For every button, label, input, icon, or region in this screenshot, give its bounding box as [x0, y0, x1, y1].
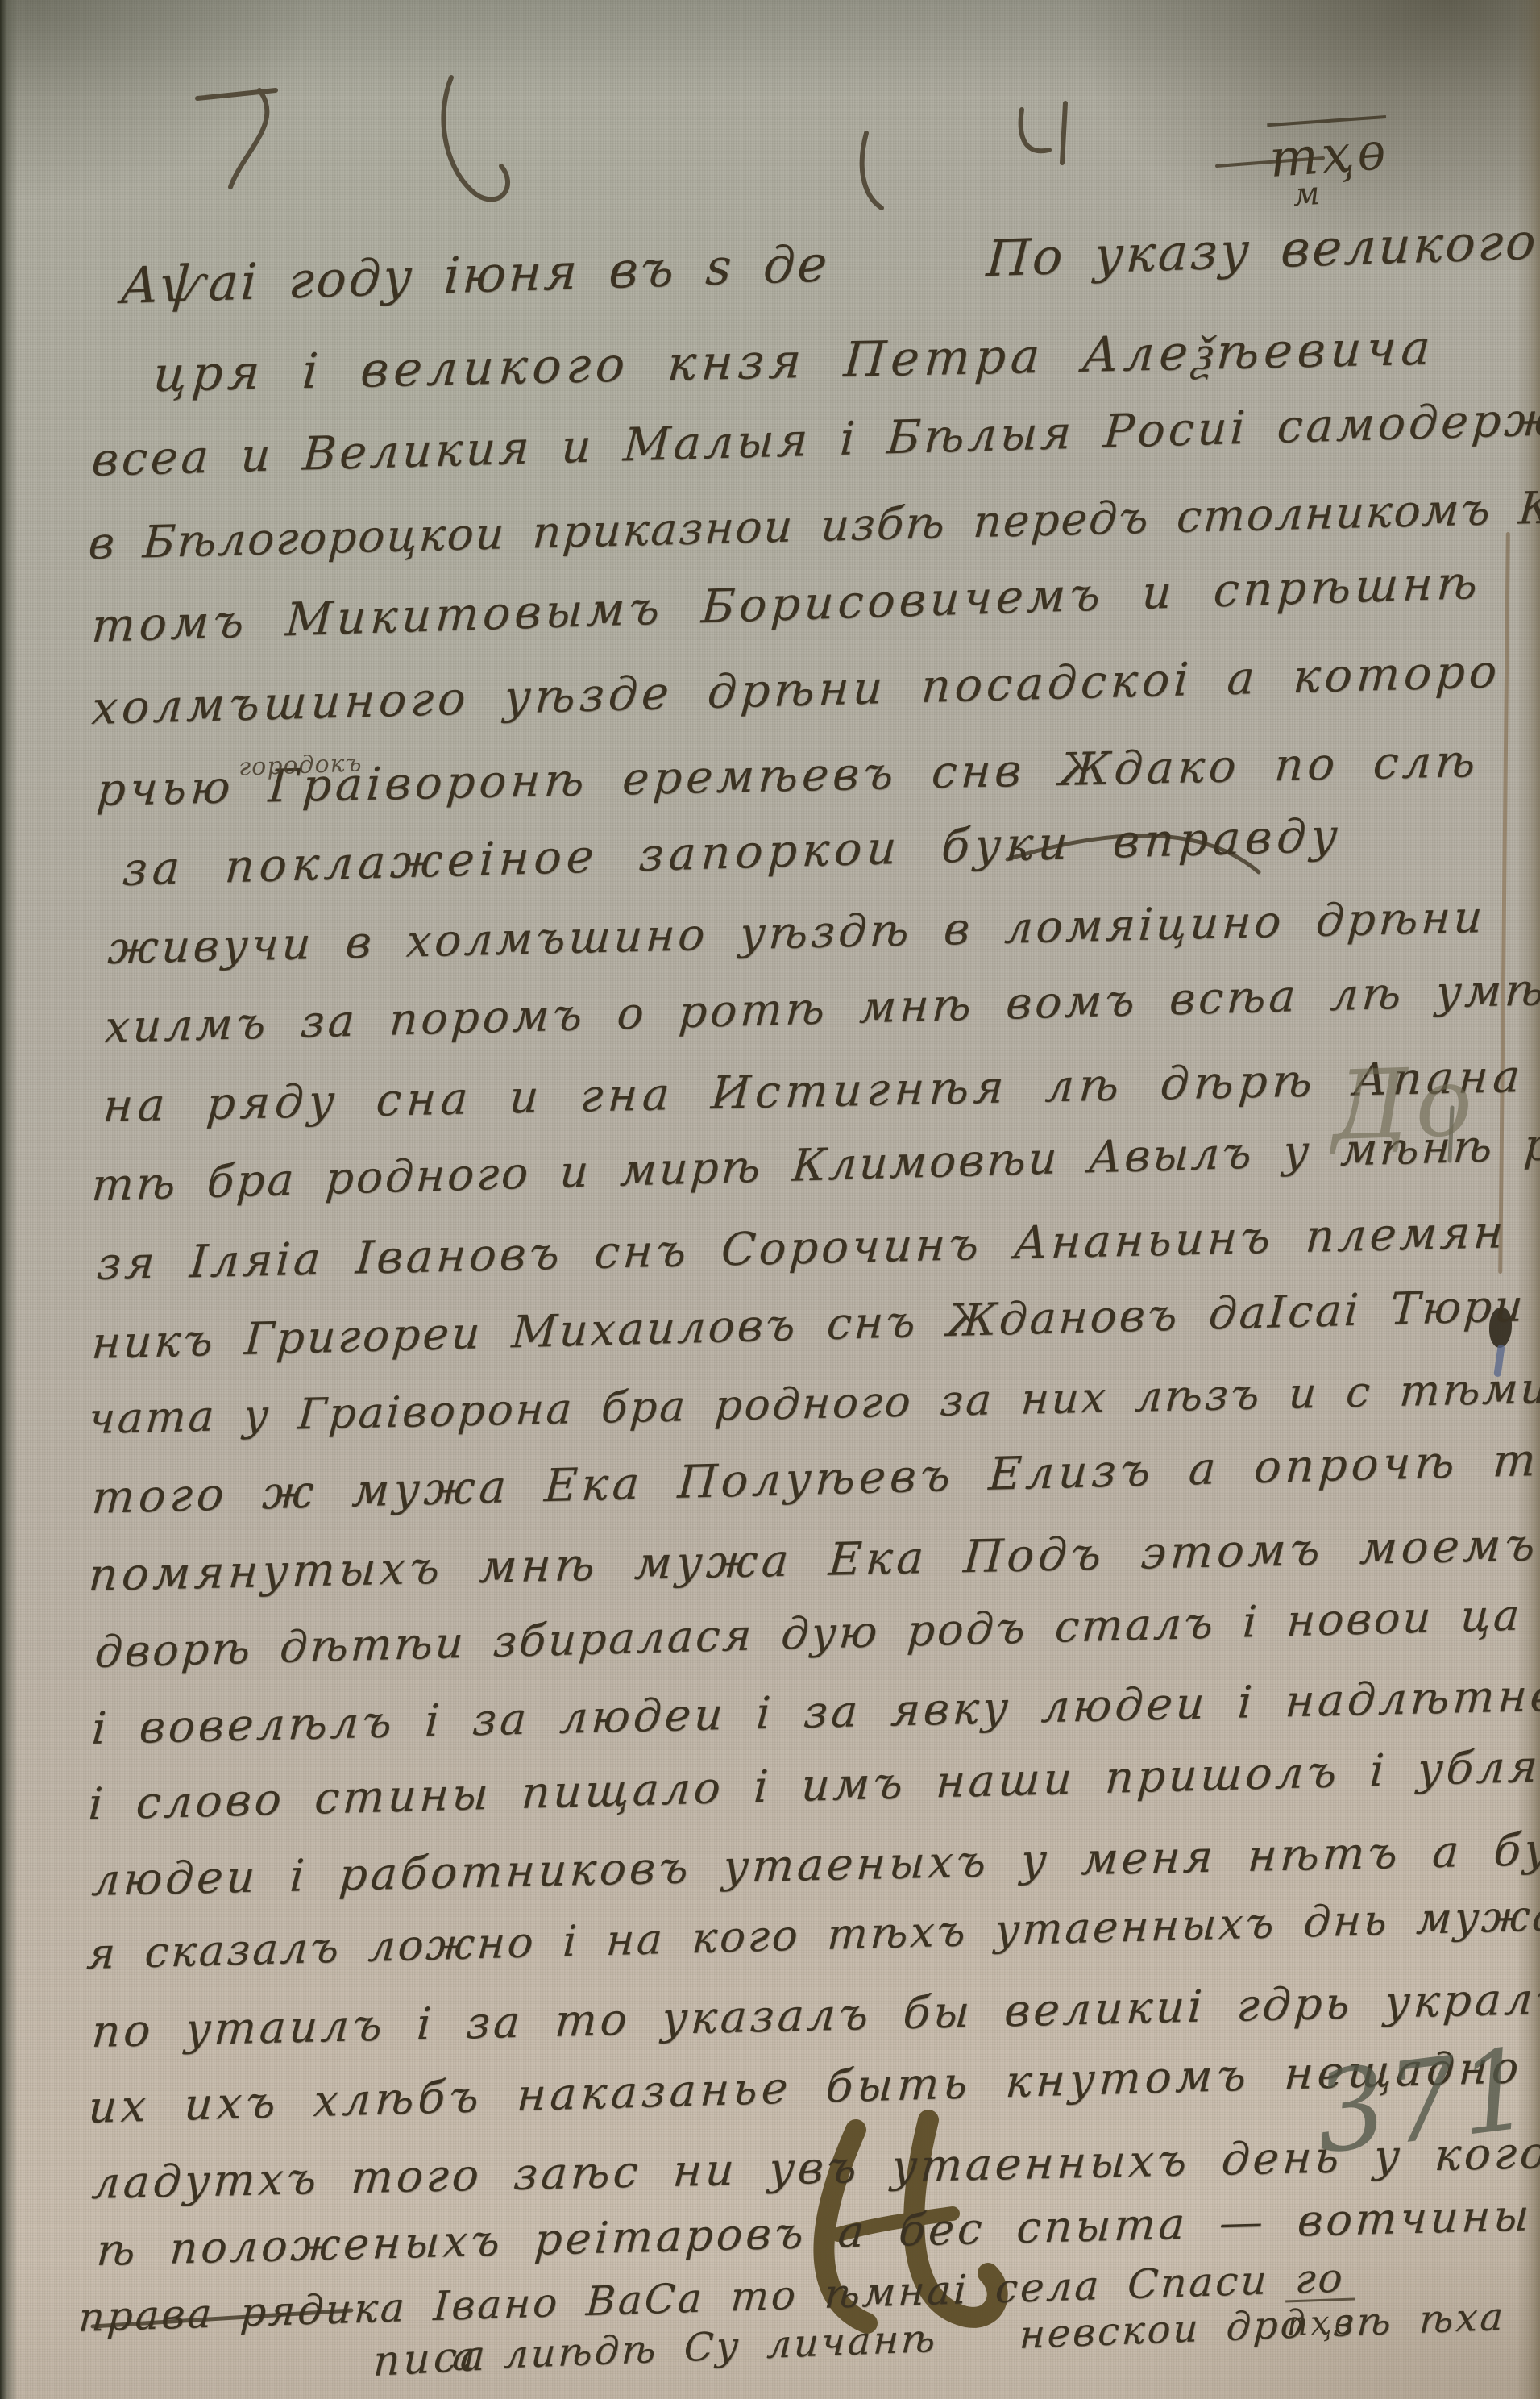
- manuscript-line: Аѱаі году іюня въ ѕ де По указу великого…: [119, 206, 1540, 315]
- manuscript-line: цря і великого кнзя Петра Алеѯѣевича: [152, 320, 1437, 403]
- manuscript-line: за поклажеіное запоркои буки вправду: [121, 809, 1344, 896]
- manuscript-line: писа: [372, 2331, 489, 2386]
- manuscript-line: томъ Микитовымъ Борисовичемъ и спрѣшнѣ: [90, 556, 1483, 653]
- page-left-edge-shadow: [0, 0, 18, 2399]
- manuscript-line: в Бѣлогороцкои приказнои избѣ передъ сто…: [87, 477, 1540, 569]
- manuscript-line: хилмъ за поромъ о ротѣ мнѣ вомъ всѣа лѣ …: [103, 963, 1540, 1053]
- folio-mark-top-right: тҳѳ м: [1267, 115, 1393, 215]
- flourish-stroke: [230, 90, 267, 187]
- manuscript-line: помянутыхъ мнѣ мужа Ека Подъ этомъ моемъ: [87, 1519, 1540, 1602]
- manuscript-line: на ряду сна и гна Истигнѣя лѣ дѣрѣ Апана: [102, 1050, 1526, 1133]
- manuscript-line: по утаилъ і за то указалъ бы великиі гдр…: [90, 1972, 1540, 2057]
- page-number-pencil: 371: [1308, 2023, 1539, 2179]
- manuscript-page: Аѱаі году іюня въ ѕ де По указу великого…: [0, 0, 1540, 2399]
- manuscript-line: никъ Григореи Михаиловъ снъ Ждановъ даІс…: [90, 1279, 1527, 1369]
- manuscript-line: живучи в холмъшино уѣздѣ в ломяіцино дрѣ…: [106, 891, 1487, 974]
- manuscript-line: холмъшиного уѣзде дрѣни посадскоі а кото…: [90, 645, 1502, 735]
- flourish-stroke: [1062, 103, 1065, 163]
- flourish-stroke: [862, 133, 882, 208]
- manuscript-line: всеа и Великия и Малыя і Бѣлыя Росиі сам…: [90, 391, 1540, 487]
- margin-note-do: До: [1330, 1046, 1481, 1162]
- manuscript-line: людеи і работниковъ утаеныхъ у меня нѣтъ…: [90, 1822, 1540, 1906]
- manuscript-line: я сказалъ ложно і на кого тѣхъ утаенныхъ…: [85, 1888, 1540, 1979]
- manuscript-line: зя Іляіа Івановъ снъ Сорочинъ Ананьинъ п…: [95, 1206, 1508, 1291]
- flourish-stroke: [1021, 110, 1049, 151]
- flourish-stroke: [443, 77, 508, 199]
- flourish-stroke: [197, 90, 276, 98]
- manuscript-line: того ж мужа Ека Полуѣевъ Елизъ а опрочѣ …: [90, 1431, 1540, 1524]
- interlinear-note: городокъ: [238, 749, 363, 781]
- manuscript-line: дворѣ дѣтѣи збиралася дую родъ сталъ і н…: [93, 1586, 1540, 1678]
- manuscript-line: і вовелѣлъ і за людеи і за явку людеи і …: [90, 1669, 1540, 1754]
- manuscript-line: і слово стины пищало і имъ наши пришолъ …: [87, 1739, 1540, 1830]
- manuscript-line: чата у Граіворона бра родного за них лѣз…: [87, 1362, 1540, 1444]
- manuscript-line: тѣ бра родного и мирѣ Климовѣи Авылъ у м…: [90, 1116, 1540, 1211]
- folio-mark-bottom-right: пҳѳ: [1285, 2298, 1356, 2344]
- folio-mark-main: тҳѳ: [1268, 122, 1391, 189]
